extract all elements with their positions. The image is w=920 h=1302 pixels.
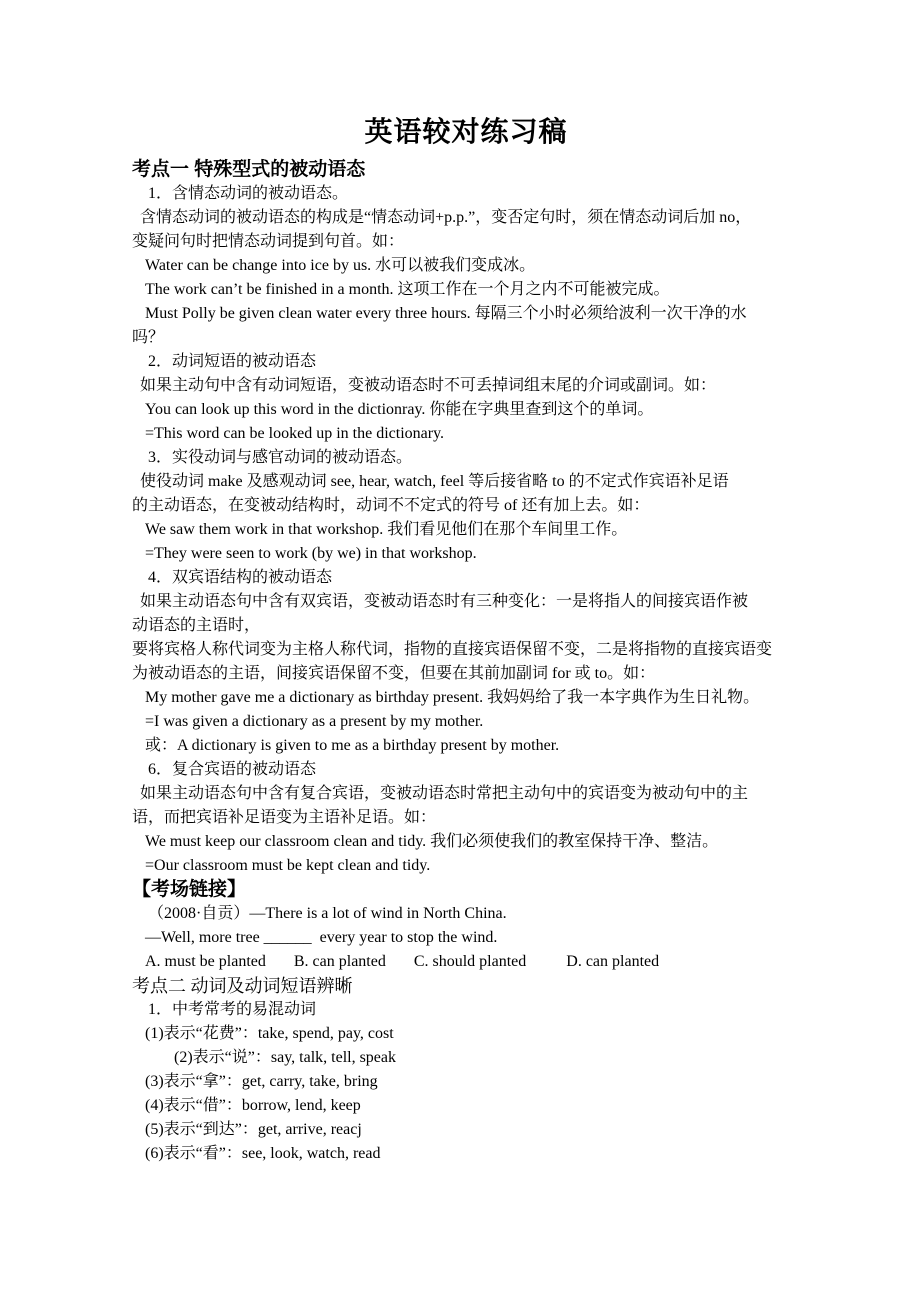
text-line: (6)表示“看”：see, look, watch, read xyxy=(132,1142,800,1166)
text-line: 变疑问句时把情态动词提到句首。如： xyxy=(132,230,800,254)
text-line: 语，而把宾语补足语变为主语补足语。如： xyxy=(132,806,800,830)
text-line: 4．双宾语结构的被动语态 xyxy=(132,566,800,590)
text-line: =They were seen to work (by we) in that … xyxy=(132,542,800,566)
document-title: 英语较对练习稿 xyxy=(132,112,800,152)
text-line: (5)表示“到达”：get, arrive, reacj xyxy=(132,1118,800,1142)
text-line: 3．实役动词与感官动词的被动语态。 xyxy=(132,446,800,470)
text-line: 如果主动句中含有动词短语，变被动语态时不可丢掉词组末尾的介词或副词。如： xyxy=(132,374,800,398)
text-line: (1)表示“花费”：take, spend, pay, cost xyxy=(132,1022,800,1046)
text-line: （2008·自贡）—There is a lot of wind in Nort… xyxy=(132,902,800,926)
text-line: 含情态动词的被动语态的构成是“情态动词+p.p.”，变否定句时，须在情态动词后加… xyxy=(132,206,800,230)
text-line: =I was given a dictionary as a present b… xyxy=(132,710,800,734)
text-line: 6．复合宾语的被动语态 xyxy=(132,758,800,782)
text-line: 或：A dictionary is given to me as a birth… xyxy=(132,734,800,758)
text-line: 吗？ xyxy=(132,326,800,350)
text-line: —Well, more tree ______ every year to st… xyxy=(132,926,800,950)
text-line: (3)表示“拿”：get, carry, take, bring xyxy=(132,1070,800,1094)
document-page: 英语较对练习稿 考点一 特殊型式的被动语态1．含情态动词的被动语态。含情态动词的… xyxy=(0,0,920,1302)
text-line: (4)表示“借”：borrow, lend, keep xyxy=(132,1094,800,1118)
text-line: 使役动词 make 及感观动词 see, hear, watch, feel 等… xyxy=(132,470,800,494)
text-line: Must Polly be given clean water every th… xyxy=(132,302,800,326)
text-line: 动语态的主语时， xyxy=(132,614,800,638)
text-line: 为被动语态的主语，间接宾语保留不变，但要在其前加副词 for 或 to。如： xyxy=(132,662,800,686)
text-line: 如果主动语态句中含有复合宾语，变被动语态时常把主动句中的宾语变为被动句中的主 xyxy=(132,782,800,806)
text-line: The work can’t be finished in a month. 这… xyxy=(132,278,800,302)
text-line: 1．中考常考的易混动词 xyxy=(132,998,800,1022)
text-line: My mother gave me a dictionary as birthd… xyxy=(132,686,800,710)
text-line: 的主动语态，在变被动结构时，动词不不定式的符号 of 还有加上去。如： xyxy=(132,494,800,518)
text-line: 如果主动语态句中含有双宾语，变被动语态时有三种变化：一是将指人的间接宾语作被 xyxy=(132,590,800,614)
text-line: =Our classroom must be kept clean and ti… xyxy=(132,854,800,878)
text-line: We must keep our classroom clean and tid… xyxy=(132,830,800,854)
document-lines: 考点一 特殊型式的被动语态1．含情态动词的被动语态。含情态动词的被动语态的构成是… xyxy=(132,158,800,1166)
text-line: (2)表示“说”：say, talk, tell, speak xyxy=(132,1046,800,1070)
text-line: We saw them work in that workshop. 我们看见他… xyxy=(132,518,800,542)
text-line: 要将宾格人称代词变为主格人称代词，指物的直接宾语保留不变，二是将指物的直接宾语变 xyxy=(132,638,800,662)
text-line: A. must be planted B. can planted C. sho… xyxy=(132,950,800,974)
text-line: 考点二 动词及动词短语辨晰 xyxy=(132,974,800,998)
text-line: 2．动词短语的被动语态 xyxy=(132,350,800,374)
text-line: 考点一 特殊型式的被动语态 xyxy=(132,158,800,182)
text-line: 1．含情态动词的被动语态。 xyxy=(132,182,800,206)
text-line: 【考场链接】 xyxy=(132,878,800,902)
text-line: Water can be change into ice by us. 水可以被… xyxy=(132,254,800,278)
text-line: You can look up this word in the diction… xyxy=(132,398,800,422)
text-line: =This word can be looked up in the dicti… xyxy=(132,422,800,446)
